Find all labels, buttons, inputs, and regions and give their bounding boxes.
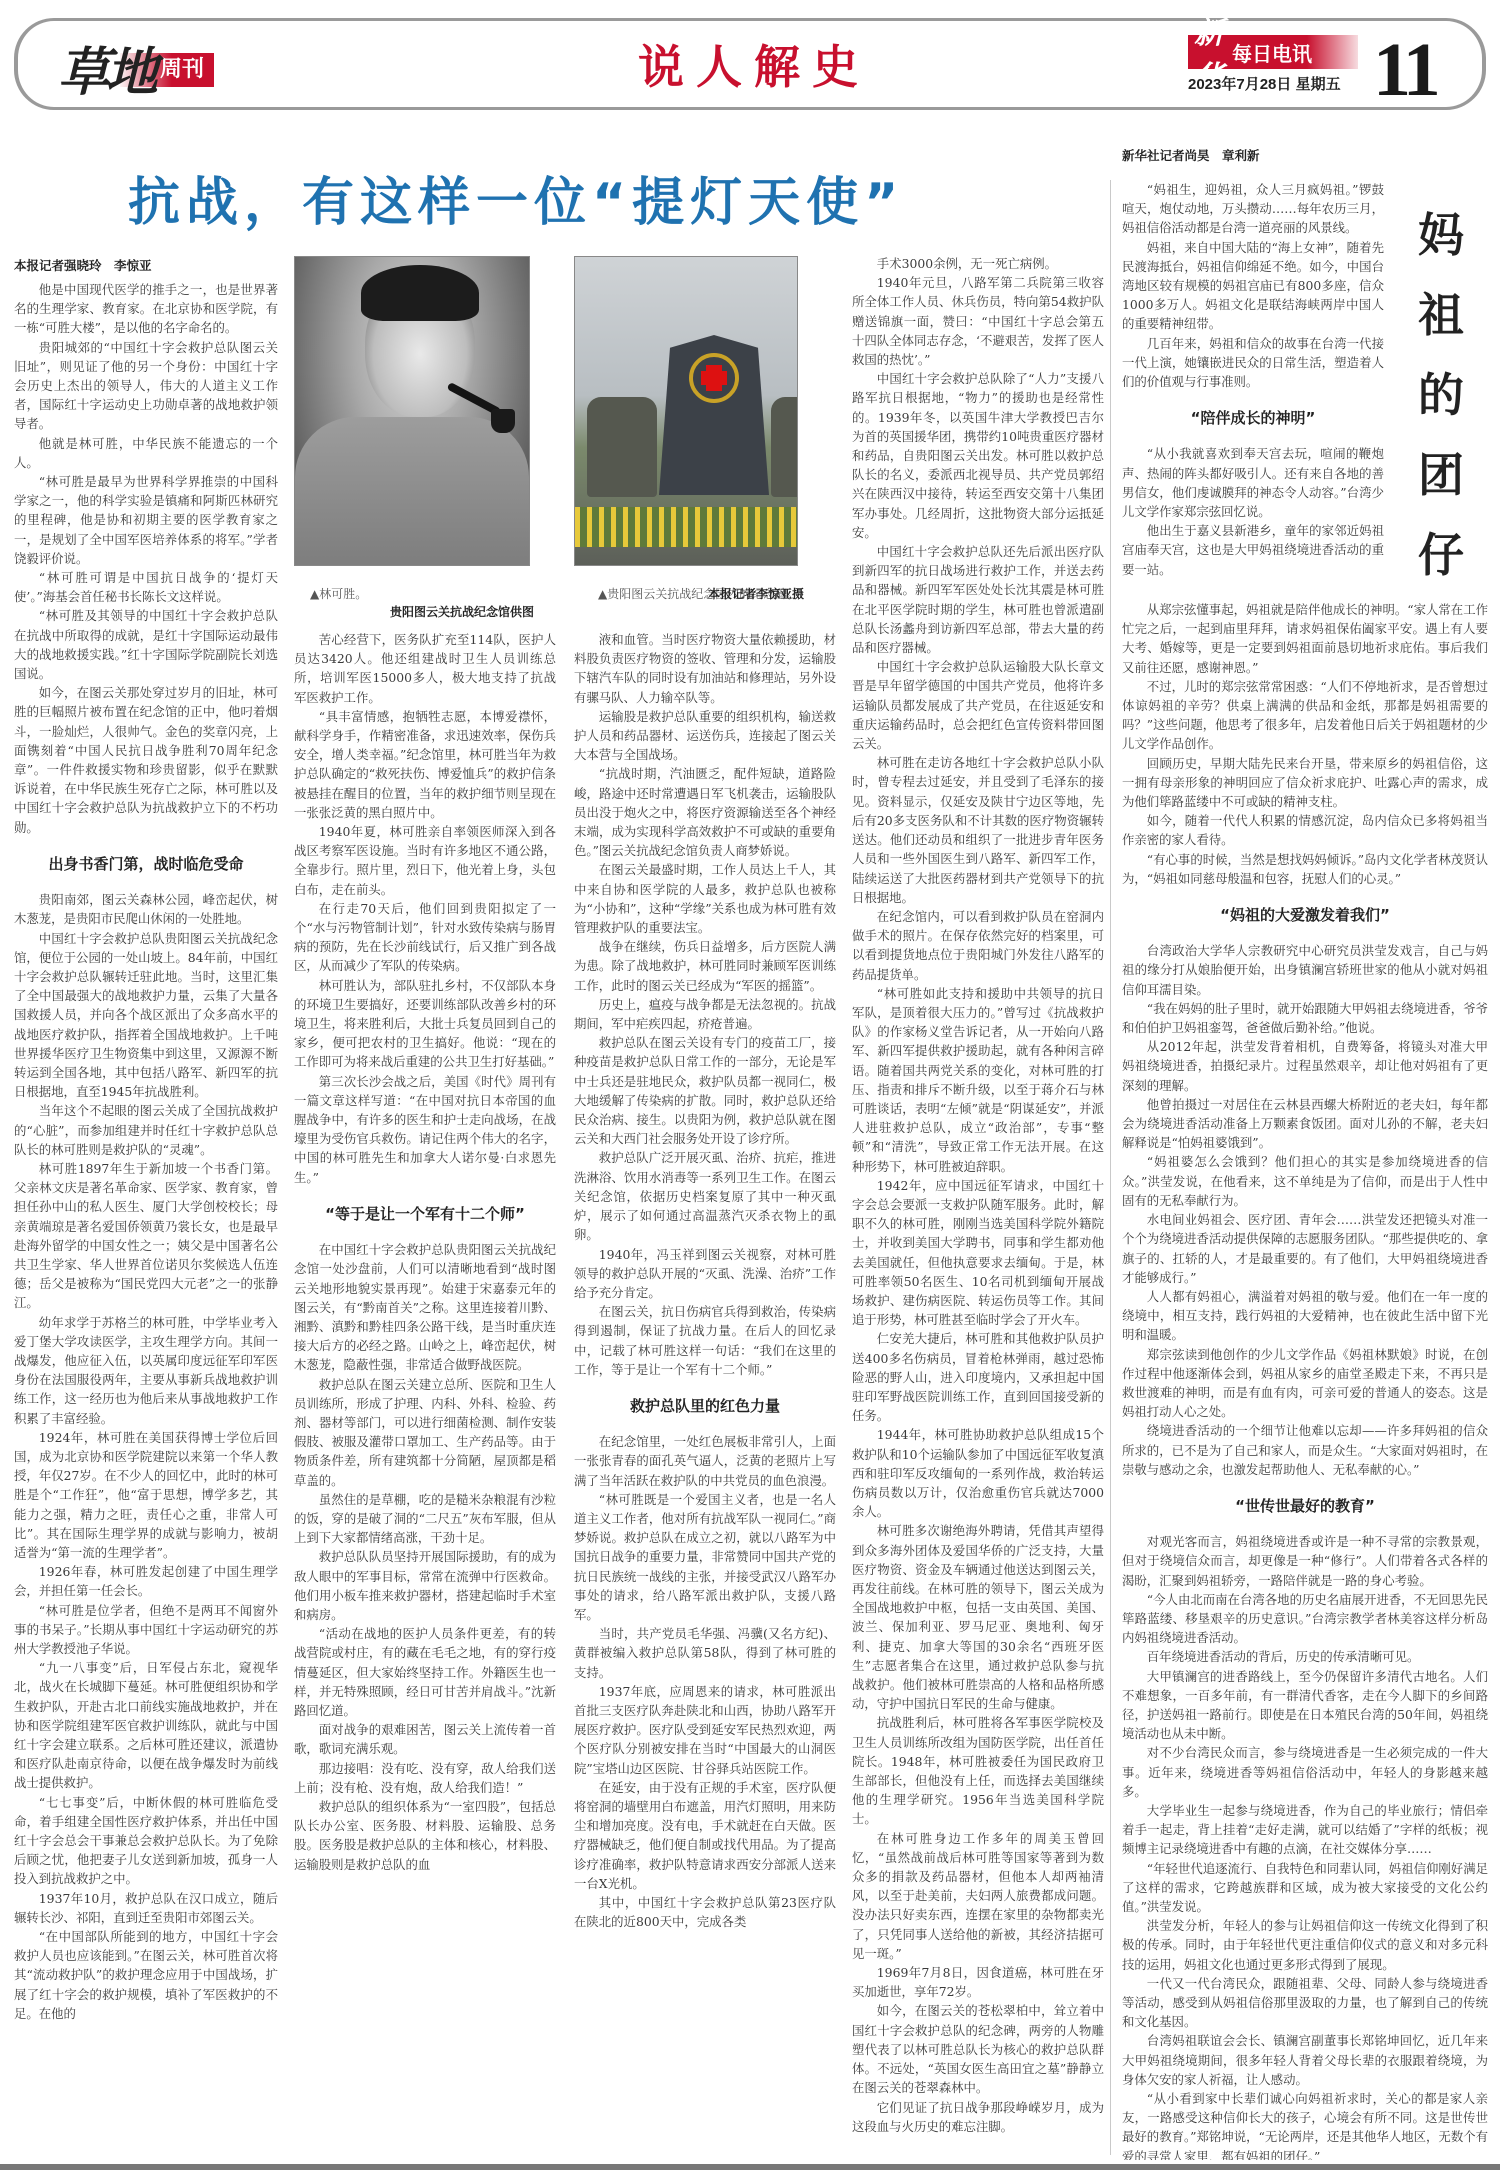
side-intro-paragraphs: “妈祖生，迎妈祖，众人三月疯妈祖。”锣鼓喧天，炮仗动地，万头攒动……每年农历三月… xyxy=(1122,180,1384,391)
subhead-great-love: “妈祖的大爱激发着我们” xyxy=(1122,906,1488,925)
main-article-column-2: 苦心经营下，医务队扩充至114队，医护人员达3420人。他还组建战时卫生人员训练… xyxy=(294,630,556,2160)
col3-paragraphs-b: 在纪念馆里，一处红色展板非常引人，上面一张张青春的面孔英气逼人，泛黄的老照片上写… xyxy=(574,1432,836,1931)
paragraph: 它们见证了抗日战争那段峥嵘岁月，成为这段血与火历史的难忘注脚。 xyxy=(852,2098,1104,2136)
photo2-caption-block: ▲贵阳图云关抗战纪念园内的纪念碑。 本报记者李惊亚摄 xyxy=(574,585,804,603)
paragraph: “林可胜可谓是中国抗日战争的‘提灯天使’。”海基会首任秘书长陈长文这样说。 xyxy=(14,568,278,606)
paragraph: 中国红十字会救护总队贵阳图云关抗战纪念馆，便位于公园的一处山坡上。84年前，中国… xyxy=(14,929,278,1102)
statue-group-right xyxy=(771,397,798,497)
main-article-column-4: 手术3000余例，无一死亡病例。1940年元旦，八路军第二兵院第三收容所全体工作… xyxy=(852,254,1104,2160)
paragraph: “具丰富情感，抱牺牲志愿，本博爱襟怀，献科学身手，作精密准备，求迅速效率，保伤兵… xyxy=(294,707,556,822)
page-bottom-border xyxy=(0,2164,1500,2170)
paragraph: “九一八事变”后，日军侵占东北，窥视华北，战火在长城脚下蔓延。林可胜便组织协和学… xyxy=(14,1658,278,1792)
page-number: 11 xyxy=(1373,27,1437,114)
paragraph: 绕境进香活动的一个细节让他难以忘却——许多拜妈祖的信众所求的，已不是为了自己和家… xyxy=(1122,1421,1488,1479)
paragraph: 林可胜认为，部队驻扎乡村，不仅部队本身的环境卫生要搞好，还要训练部队改善乡村的环… xyxy=(294,976,556,1072)
left-brand-script: 草地 xyxy=(58,47,154,99)
photo1-caption: ▲林可胜。 xyxy=(310,585,540,603)
paragraph: 从2012年起，洪莹发背着相机，自费筹备，将镜头对准大甲妈祖绕境进香，拍摄纪录片… xyxy=(1122,1037,1488,1095)
col4-paragraphs-a: 手术3000余例，无一死亡病例。1940年元旦，八路军第二兵院第三收容所全体工作… xyxy=(852,254,1104,2136)
side-byline: 新华社记者尚昊 章利新 xyxy=(1122,146,1260,164)
paragraph: “七七事变”后，中断休假的林可胜临危受命，着手组建全国性医疗救护体系，并出任中国… xyxy=(14,1793,278,1889)
paragraph: 手术3000余例，无一死亡病例。 xyxy=(852,254,1104,273)
paragraph: 液和血管。当时医疗物资大量依赖援助，材料股负责医疗物资的签收、管理和分发，运输股… xyxy=(574,630,836,707)
paragraph: 水电间业妈祖会、医疗团、青年会……洪莹发还把镜头对准一个个为绕境进香活动提供保障… xyxy=(1122,1210,1488,1287)
paragraph: 在行走70天后，他们回到贵阳拟定了一个“水与污物管制计划”，针对水致传染病与肠胃… xyxy=(294,899,556,976)
paragraph: “年轻世代追逐流行、自我特色和同辈认同，妈祖信仰刚好满足了这样的需求，它跨越族群… xyxy=(1122,1859,1488,1917)
vertical-title-char: 妈 xyxy=(1406,195,1476,275)
subhead-best-education: “世传世最好的教育” xyxy=(1122,1497,1488,1516)
col3-paragraphs-a: 液和血管。当时医疗物资大量依赖援助，材料股负责医疗物资的签收、管理和分发，运输股… xyxy=(574,630,836,1379)
photo1-caption-block: ▲林可胜。 贵阳图云关抗战纪念馆供图 xyxy=(310,585,540,621)
paragraph: 历史上，瘟疫与战争都是无法忽视的。抗战期间，军中疟疾四起，疥疮普遍。 xyxy=(574,995,836,1033)
paragraph: 1937年底，应周恩来的请求，林可胜派出首批三支医疗队奔赴陕北和山西，协助八路军… xyxy=(574,1682,836,1778)
vertical-title-char: 祖 xyxy=(1406,275,1476,355)
right-brand-logo: 新华 每日电讯 2023年7月28日 星期五 xyxy=(1188,35,1358,94)
main-article-column-3: 液和血管。当时医疗物资大量依赖援助，材料股负责医疗物资的签收、管理和分发，运输股… xyxy=(574,630,836,2160)
statue-group-left xyxy=(587,397,657,497)
side-section3-paragraphs: 对观光客而言，妈祖绕境进香或许是一种不寻常的宗教景观，但对于绕境信众而言，却更像… xyxy=(1122,1532,1488,2160)
vertical-title-char: 的 xyxy=(1406,355,1476,435)
paragraph: “在中国部队所能到的地方，中国红十字会救护人员也应该能到。”在图云关，林可胜首次… xyxy=(14,1927,278,2023)
paragraph: 救护总队在图云关设有专门的疫苗工厂，接种疫苗是救护总队日常工作的一部分，无论是军… xyxy=(574,1033,836,1148)
paragraph: 百年绕境进香活动的背后，历史的传承清晰可见。 xyxy=(1122,1647,1488,1666)
paragraph: 第三次长沙会战之后，美国《时代》周刊有一篇文章这样写道：“在中国对抗日本帝国的血… xyxy=(294,1072,556,1187)
paragraph: “林可胜是位学者，但绝不是两耳不闻窗外事的书呆子。”长期从事中国红十字运动研究的… xyxy=(14,1601,278,1659)
paragraph: 他就是林可胜，中华民族不能遗忘的一个人。 xyxy=(14,434,278,472)
side-vertical-title: 妈 祖 的 团 仔 xyxy=(1406,195,1476,595)
paragraph: 1940年，冯玉祥到图云关视察，对林可胜领导的救护总队开展的“灭虱、洗澡、治疥”… xyxy=(574,1245,836,1303)
paragraph: “林可胜如此支持和援助中共领导的抗日军队，是顶着很大压力的。”曾写过《抗战救护队… xyxy=(852,984,1104,1176)
paragraph: 面对战争的艰难困苦，图云关上流传着一首歌，歌词充满乐观。 xyxy=(294,1720,556,1758)
paragraph: 运输股是救护总队重要的组织机构，输送救护人员和药品器材、运送伤兵，连接起了图云关… xyxy=(574,707,836,765)
paragraph: “妈祖生，迎妈祖，众人三月疯妈祖。”锣鼓喧天，炮仗动地，万头攒动……每年农历三月… xyxy=(1122,180,1384,238)
paragraph: 大学毕业生一起参与绕境进香，作为自己的毕业旅行；情侣牵着手一起走，背上挂着“走好… xyxy=(1122,1801,1488,1859)
paragraph: 救护总队的组织体系为“一室四股”，包括总队长办公室、医务股、材料股、运输股、总务… xyxy=(294,1797,556,1874)
portrait-body-shape xyxy=(295,417,529,566)
main-headline: 抗战，有这样一位“提灯天使” xyxy=(128,160,904,235)
paragraph: “妈祖婆怎么会饿到？他们担心的其实是参加绕境进香的信众。”洪莹发说，在他看来，这… xyxy=(1122,1152,1488,1210)
paragraph: 如今，在图云关那处穿过岁月的旧址，林可胜的巨幅照片被布置在纪念馆的正中，他叼着烟… xyxy=(14,683,278,837)
col2-paragraphs-c: 救护总队队员坚持开展国际援助，有的成为敌人眼中的军事目标，常常在流弹中行医救命。… xyxy=(294,1547,556,1873)
paragraph: “活动在战地的医护人员条件更差，有的转战营院或村庄，有的藏在毛毛之地，有的穿行疫… xyxy=(294,1624,556,1720)
paragraph: “从小看到家中长辈们诚心向妈祖祈求时，关心的都是家人亲友，一路感受这种信仰长大的… xyxy=(1122,2089,1488,2160)
portrait-photo-lin-kesheng xyxy=(294,256,530,566)
paragraph: 战争在继续，伤兵日益增多，后方医院人满为患。除了战地救护，林可胜同时兼顾军医训练… xyxy=(574,937,836,995)
side-intro-column: “妈祖生，迎妈祖，众人三月疯妈祖。”锣鼓喧天，炮仗动地，万头攒动……每年农历三月… xyxy=(1122,180,1384,600)
paragraph: 在中国红十字会救护总队贵阳图云关抗战纪念馆一处沙盘前，人们可以清晰地看到“战时图… xyxy=(294,1240,556,1374)
paragraph: 回顾历史，早期大陆先民来台开垦，带来原乡的妈祖信俗，这一拥有母亲形象的神明回应了… xyxy=(1122,754,1488,812)
portrait-hair-shape xyxy=(361,265,479,321)
paragraph: 对观光客而言，妈祖绕境进香或许是一种不寻常的宗教景观，但对于绕境信众而言，却更像… xyxy=(1122,1532,1488,1590)
paragraph: 他曾拍摄过一对居住在云林县西螺大桥附近的老夫妇，每年都会为绕境进香活动准备上万颗… xyxy=(1122,1095,1488,1153)
paragraph: 妈祖，来自中国大陆的“海上女神”，随着先民渡海抵台，妈祖信仰绵延不绝。如今，中国… xyxy=(1122,238,1384,334)
paragraph: 1969年7月8日，因食道癌，林可胜在牙买加逝世，享年72岁。 xyxy=(852,1963,1104,2001)
paragraph: 苦心经营下，医务队扩充至114队，医护人员达3420人。他还组建战时卫生人员训练… xyxy=(294,630,556,707)
masthead: 草地 周刊 说人解史 新华 每日电讯 2023年7月28日 星期五 11 xyxy=(14,18,1486,110)
subhead-red-force: 救护总队里的红色力量 xyxy=(574,1397,836,1416)
paragraph: 1926年春，林可胜发起创建了中国生理学会，并担任第一任会长。 xyxy=(14,1562,278,1600)
paragraph: 林可胜在走访各地红十字会救护总队小队时，曾专程去过延安，并且受到了毛泽东的接见。… xyxy=(852,753,1104,907)
pipe-bowl-icon xyxy=(491,409,515,433)
side-section1-paragraphs-head: “从小我就喜欢到奉天宫去玩，喧闹的鞭炮声、热闹的阵头都好吸引人。还有来自各地的善… xyxy=(1122,444,1384,578)
paragraph: “有心事的时候，当然是想找妈妈倾诉。”岛内文化学者林茂贤认为，“妈祖如同慈母般温… xyxy=(1122,850,1488,888)
section-title: 说人解史 xyxy=(638,31,870,97)
paragraph: 台湾政治大学华人宗教研究中心研究员洪莹发戏言，自己与妈祖的缘分打从娘胎便开始，出… xyxy=(1122,941,1488,999)
paragraph: “林可胜是最早为世界科学界推崇的中国科学家之一，他的科学实验是镇痛和阿斯匹林研究… xyxy=(14,472,278,568)
newspaper-name-tag: 新华 每日电讯 xyxy=(1188,35,1358,69)
paragraph: 从郑宗弦懂事起，妈祖就是陪伴他成长的神明。“家人常在工作忙完之后，一起到庙里拜拜… xyxy=(1122,600,1488,677)
paragraph: 仁安羌大捷后，林可胜和其他救护队员护送400多名伤病员，冒着枪林弹雨，越过恐怖险… xyxy=(852,1329,1104,1425)
paragraph: 在林可胜身边工作多年的周美玉曾回忆，“虽然战前战后林可胜等国家等著到为数众多的捐… xyxy=(852,1829,1104,1963)
col2-paragraphs-b: 在中国红十字会救护总队贵阳图云关抗战纪念馆一处沙盘前，人们可以清晰地看到“战时图… xyxy=(294,1240,556,1547)
paragraph: 台湾妈祖联谊会会长、镇澜宫副董事长郑铭坤回忆，近几年来大甲妈祖绕境期间，很多年轻… xyxy=(1122,2031,1488,2089)
paragraph: 幼年求学于苏格兰的林可胜，中学毕业考入爱丁堡大学攻读医学，主攻生理学方向。其间一… xyxy=(14,1313,278,1428)
paragraph: 在延安，由于没有正规的手术室，医疗队便将窑洞的墙壁用白布遮盖，用汽灯照明，用来防… xyxy=(574,1778,836,1893)
paragraph: 1940年元旦，八路军第二兵院第三收容所全体工作人员、休兵伤员，特向第54救护队… xyxy=(852,273,1104,369)
col2-paragraphs-a: 苦心经营下，医务队扩充至114队，医护人员达3420人。他还组建战时卫生人员训练… xyxy=(294,630,556,1187)
paragraph: 在纪念馆内，可以看到救护队员在窑洞内做手术的照片。在保存依然完好的档案里，可以看… xyxy=(852,907,1104,984)
col1-paragraphs-b: 贵阳南郊，图云关森林公园，峰峦起伏，树木葱茏，是贵阳市民爬山休闲的一处胜地。中国… xyxy=(14,890,278,2023)
paragraph: 救护总队在图云关建立总所、医院和卫生人员训练所，形成了护理、内科、外科、检验、药… xyxy=(294,1375,556,1490)
paragraph: “从小我就喜欢到奉天宫去玩，喧闹的鞭炮声、热闹的阵头都好吸引人。还有来自各地的善… xyxy=(1122,444,1384,521)
paragraph: 救护总队队员坚持开展国际援助，有的成为敌人眼中的军事目标，常常在流弹中行医救命。… xyxy=(294,1547,556,1624)
paragraph: 一代又一代台湾民众，跟随祖辈、父母、同龄人参与绕境进香等活动，感受到从妈祖信俗那… xyxy=(1122,1974,1488,2032)
vertical-title-char: 仔 xyxy=(1406,515,1476,595)
subhead-companion-deity: “陪伴成长的神明” xyxy=(1122,409,1384,428)
paragraph: 1940年夏，林可胜亲自率领医师深入到各战区考察军医设施。当时有许多地区不通公路… xyxy=(294,822,556,899)
paragraph: 1924年，林可胜在美国获得博士学位后回国，成为北京协和医学院建院以来第一个华人… xyxy=(14,1428,278,1562)
paragraph: 1942年，应中国远征军请求，中国红十字会总会要派一支救护队随军服务。此时，解职… xyxy=(852,1176,1104,1330)
subhead-twelve-divisions: “等于是让一个军有十二个师” xyxy=(294,1205,556,1224)
paragraph: 在图云关，抗日伤病官兵得到救治，传染病得到遏制，保证了抗战力量。在后人的回忆录中… xyxy=(574,1302,836,1379)
paragraph: 当年这个不起眼的图云关成了全国抗战救护的“心脏”，而参加组建并时任红十字救护总队… xyxy=(14,1101,278,1159)
paragraph: 贵阳南郊，图云关森林公园，峰峦起伏，树木葱茏，是贵阳市民爬山休闲的一处胜地。 xyxy=(14,890,278,928)
paragraph: “抗战时期，汽油匮乏，配件短缺，道路险峻，路途中还时常遭遇日军飞机袭击，运输股队… xyxy=(574,764,836,860)
paragraph: “林可胜及其领导的中国红十字会救护总队在抗战中所取得的成就，是红十字国际运动最伟… xyxy=(14,606,278,683)
paragraph: 林可胜1897年生于新加坡一个书香门第。父亲林文庆是著名革命家、医学家、教育家，… xyxy=(14,1159,278,1313)
paragraph: “今人由北而南在台湾各地的历史名庙展开进香，不无回思先民筚路蓝缕、移垦艰辛的历史… xyxy=(1122,1590,1488,1648)
paragraph: 当时，共产党员毛华强、冯骥(又名方纪)、黄群被编入救护总队第58队，得到了林可胜… xyxy=(574,1624,836,1682)
paragraph: 如今，随着一代代人积累的情感沉淀，岛内信众已多将妈祖当作亲密的家人看待。 xyxy=(1122,811,1488,849)
vertical-title-char: 团 xyxy=(1406,435,1476,515)
paragraph: 对不少台湾民众而言，参与绕境进香是一生必须完成的一件大事。近年来，绕境进香等妈祖… xyxy=(1122,1743,1488,1801)
col1-paragraphs-a: 他是中国现代医学的推手之一，也是世界著名的生理学家、教育家。在北京协和医学院，有… xyxy=(14,280,278,837)
paragraph: 1944年，林可胜协助救护总队组成15个救护队和10个运输队参加了中国远征军收复… xyxy=(852,1425,1104,1521)
flower-row xyxy=(575,507,797,547)
issue-date: 2023年7月28日 星期五 xyxy=(1188,73,1358,94)
paragraph: 他出生于嘉义县新港乡，童年的家邻近妈祖宫庙奉天宫，这也是大甲妈祖绕境进香活动的重… xyxy=(1122,521,1384,579)
paragraph: 人人都有妈祖心，满溢着对妈祖的敬与爱。他们在一年一度的绕境中，相互支持，践行妈祖… xyxy=(1122,1287,1488,1345)
left-brand-logo: 草地 周刊 xyxy=(58,29,214,99)
paragraph: 郑宗弦读到他创作的少儿文学作品《妈祖林默娘》时说，在创作过程中他逐渐体会到，妈祖… xyxy=(1122,1345,1488,1422)
paragraph: 林可胜多次谢绝海外聘请，凭借其声望得到众多海外团体及爱国华侨的广泛支持，大量医疗… xyxy=(852,1521,1104,1713)
paragraph: 在图云关最盛时期，工作人员达上千人，其中来自协和医学院的人最多，救护总队也被称为… xyxy=(574,860,836,937)
main-article-column-1: 他是中国现代医学的推手之一，也是世界著名的生理学家、教育家。在北京协和医学院，有… xyxy=(14,280,278,2160)
paragraph: 1937年10月，救护总队在汉口成立，随后辗转长沙、祁阳，直到迁至贵阳市郊图云关… xyxy=(14,1889,278,1927)
side-main-column: 从郑宗弦懂事起，妈祖就是陪伴他成长的神明。“家人常在工作忙完之后，一起到庙里拜拜… xyxy=(1122,600,1488,2160)
side-section2-paragraphs: 台湾政治大学华人宗教研究中心研究员洪莹发戏言，自己与妈祖的缘分打从娘胎便开始，出… xyxy=(1122,941,1488,1479)
paragraph: 中国红十字会救护总队运输股大队长章文晋是早年留学德国的中国共产党员，他将许多运输… xyxy=(852,657,1104,753)
main-byline: 本报记者强晓玲 李惊亚 xyxy=(14,256,152,274)
paragraph: 在纪念馆里，一处红色展板非常引人，上面一张张青春的面孔英气逼人，泛黄的老照片上写… xyxy=(574,1432,836,1490)
paragraph: 虽然住的是草棚，吃的是糙米杂粮混有沙粒的饭，穿的是破了洞的“二尺五”灰布军服，但… xyxy=(294,1490,556,1548)
monument-photo xyxy=(574,256,798,566)
right-brand-name: 每日电讯 xyxy=(1232,38,1312,67)
paragraph: 那边接唱：没有吃、没有穿，敌人给我们送上前；没有枪、没有炮，敌人给我们造！” xyxy=(294,1759,556,1797)
paragraph: 几百年来，妈祖和信众的故事在台湾一代接一代上演，她镶嵌进民众的日常生活，塑造着人… xyxy=(1122,334,1384,392)
red-cross-icon-bar xyxy=(701,371,727,385)
paragraph: 他是中国现代医学的推手之一，也是世界著名的生理学家、教育家。在北京协和医学院，有… xyxy=(14,280,278,338)
subhead-birth: 出身书香门第，战时临危受命 xyxy=(14,855,278,874)
photo1-credit: 贵阳图云关抗战纪念馆供图 xyxy=(310,603,540,621)
side-section1-paragraphs-rest: 从郑宗弦懂事起，妈祖就是陪伴他成长的神明。“家人常在工作忙完之后，一起到庙里拜拜… xyxy=(1122,600,1488,888)
paragraph: 贵阳城郊的“中国红十字会救护总队图云关旧址”，则见证了他的另一个身份：中国红十字… xyxy=(14,338,278,434)
paragraph: 如今，在图云关的苍松翠柏中，耸立着中国红十字会救护总队的纪念碑，两旁的人物雕塑代… xyxy=(852,2001,1104,2097)
column-divider xyxy=(1110,180,1111,2155)
paragraph: 大甲镇澜宫的进香路线上，至今仍保留许多清代古地名。人们不难想象，一百多年前，有一… xyxy=(1122,1667,1488,1744)
paragraph: 中国红十字会救护总队还先后派出医疗队到新四军的抗日战场进行救护工作，并送去药品和… xyxy=(852,542,1104,657)
paragraph: 救护总队广泛开展灭虱、治疥、抗疟，推进洗淋浴、饮用水消毒等一系列卫生工作。在图云… xyxy=(574,1148,836,1244)
paragraph: “我在妈妈的肚子里时，就开始跟随大甲妈祖去绕境进香，爷爷和伯伯护卫妈祖銮驾，爸爸… xyxy=(1122,999,1488,1037)
paragraph: 其中，中国红十字会救护总队第23医疗队在陕北的近800天中，完成各类 xyxy=(574,1893,836,1931)
paragraph: 抗战胜利后，林可胜将各军事医学院校及卫生人员训练所改组为国防医学院，出任首任院长… xyxy=(852,1713,1104,1828)
paragraph: 中国红十字会救护总队除了“人力”支援八路军抗日根据地，“物力”的援助也是经常性的… xyxy=(852,369,1104,542)
paragraph: 洪莹发分析，年轻人的参与让妈祖信仰这一传统文化得到了积极的传承。同时，由于年轻世… xyxy=(1122,1916,1488,1974)
paragraph: “林可胜既是一个爱国主义者，也是一名人道主义工作者，他对所有抗战军队一视同仁。”… xyxy=(574,1490,836,1624)
paragraph: 不过，儿时的郑宗弦常常困惑：“人们不停地祈求，是否曾想过体谅妈祖的辛劳？供桌上满… xyxy=(1122,677,1488,754)
